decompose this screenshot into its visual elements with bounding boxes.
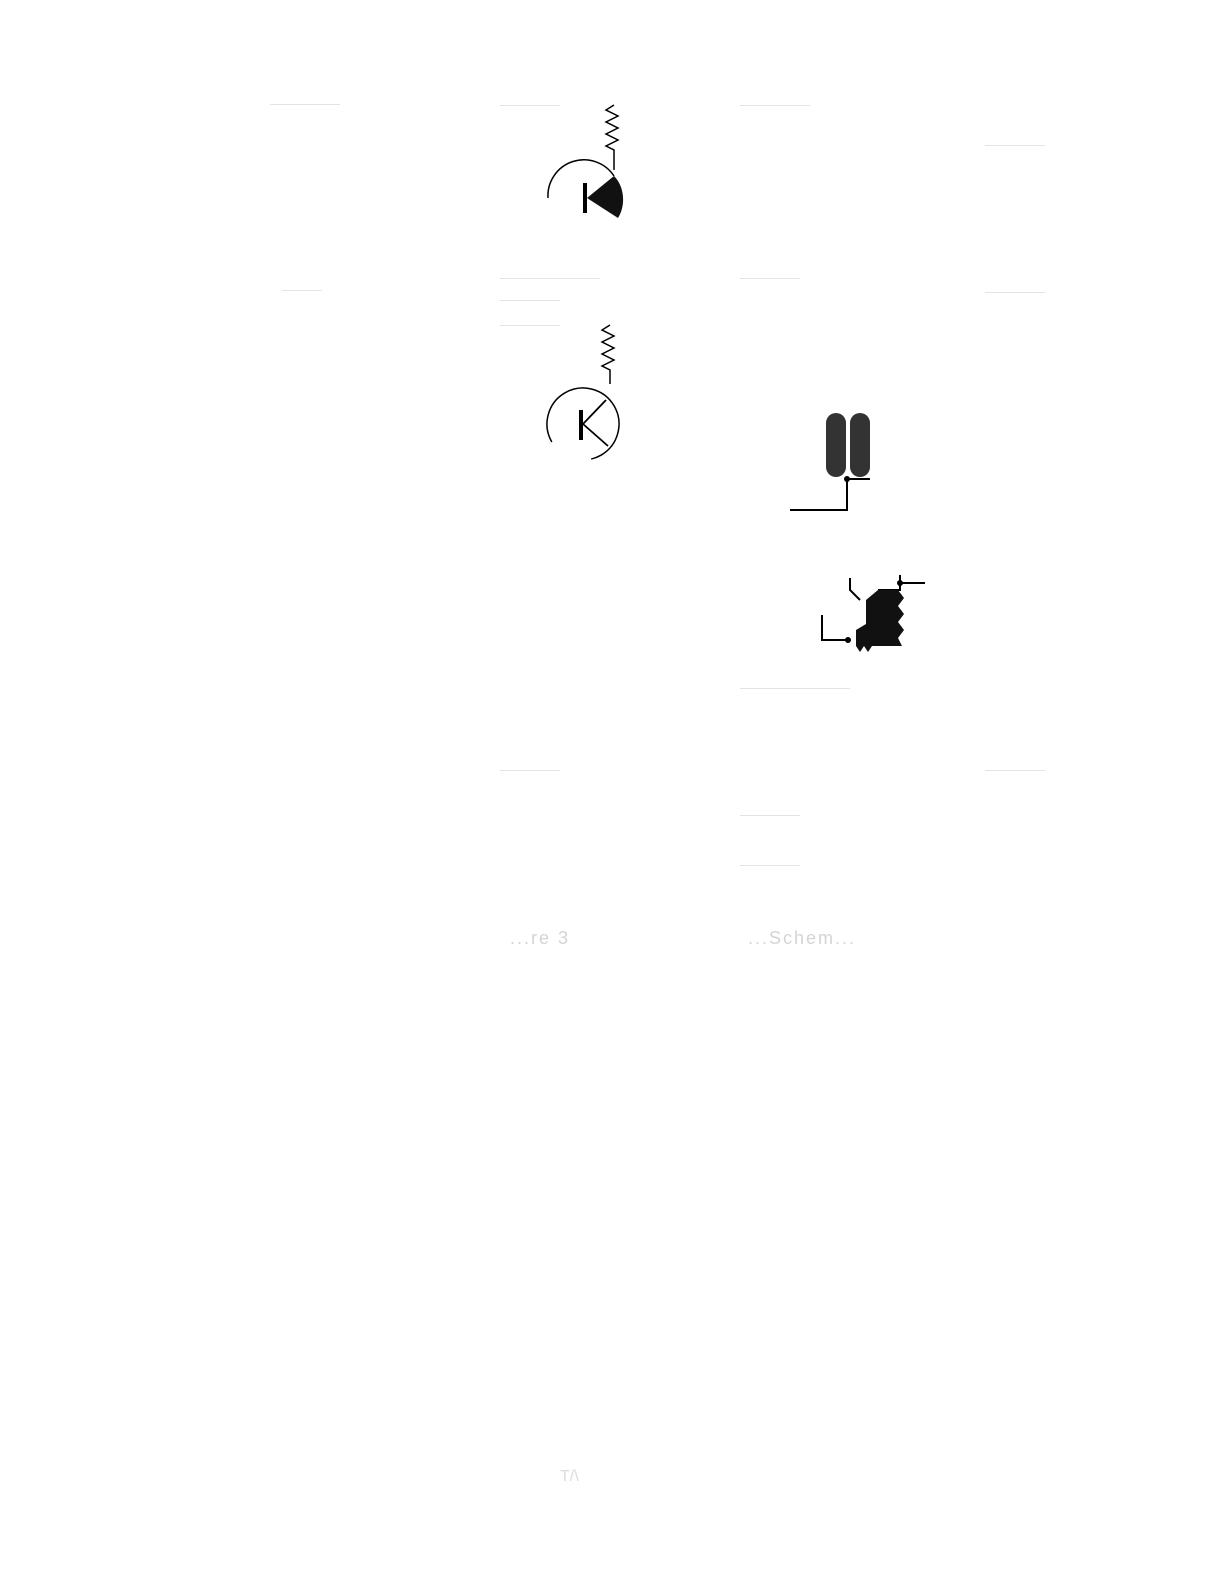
figure-caption-right: ...Schem... (748, 928, 856, 949)
multi-emitter-transistor-icon (822, 575, 925, 652)
figure-caption-left: ...re 3 (510, 928, 570, 949)
schematic (0, 0, 1227, 1586)
phototransistor-outline-icon (534, 325, 632, 473)
page-number: T/\ (560, 1468, 579, 1486)
dual-capsule-icon (790, 413, 870, 510)
phototransistor-filled-icon (548, 105, 623, 218)
